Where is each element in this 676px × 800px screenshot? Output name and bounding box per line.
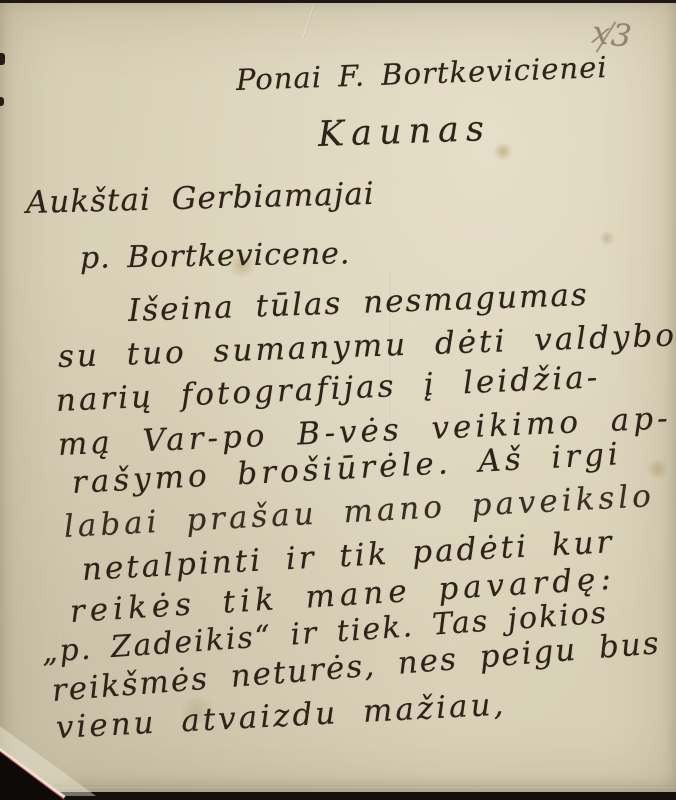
addressee-line: p. Bortkevicene.	[80, 236, 351, 276]
body-line-1: Išeina tūlas nesmagumas	[127, 277, 589, 329]
paper-stain	[598, 231, 616, 245]
city-line: Kaunas	[317, 109, 491, 155]
salutation-line: Aukštai Gerbiamajai	[26, 176, 376, 221]
recipient-line: Ponai F. Bortkevicienei	[235, 50, 608, 97]
left-edge-mark	[0, 53, 5, 65]
fold-crease-top	[302, 4, 315, 39]
scan-background: x3 Ponai F. Bortkevicienei Kaunas Aukšta…	[0, 0, 676, 800]
paper-stain	[646, 459, 670, 479]
fold-crease-bottom	[0, 786, 676, 788]
letter-paper: x3 Ponai F. Bortkevicienei Kaunas Aukšta…	[0, 3, 676, 792]
left-edge-mark	[0, 97, 4, 106]
paper-stain	[492, 143, 514, 160]
